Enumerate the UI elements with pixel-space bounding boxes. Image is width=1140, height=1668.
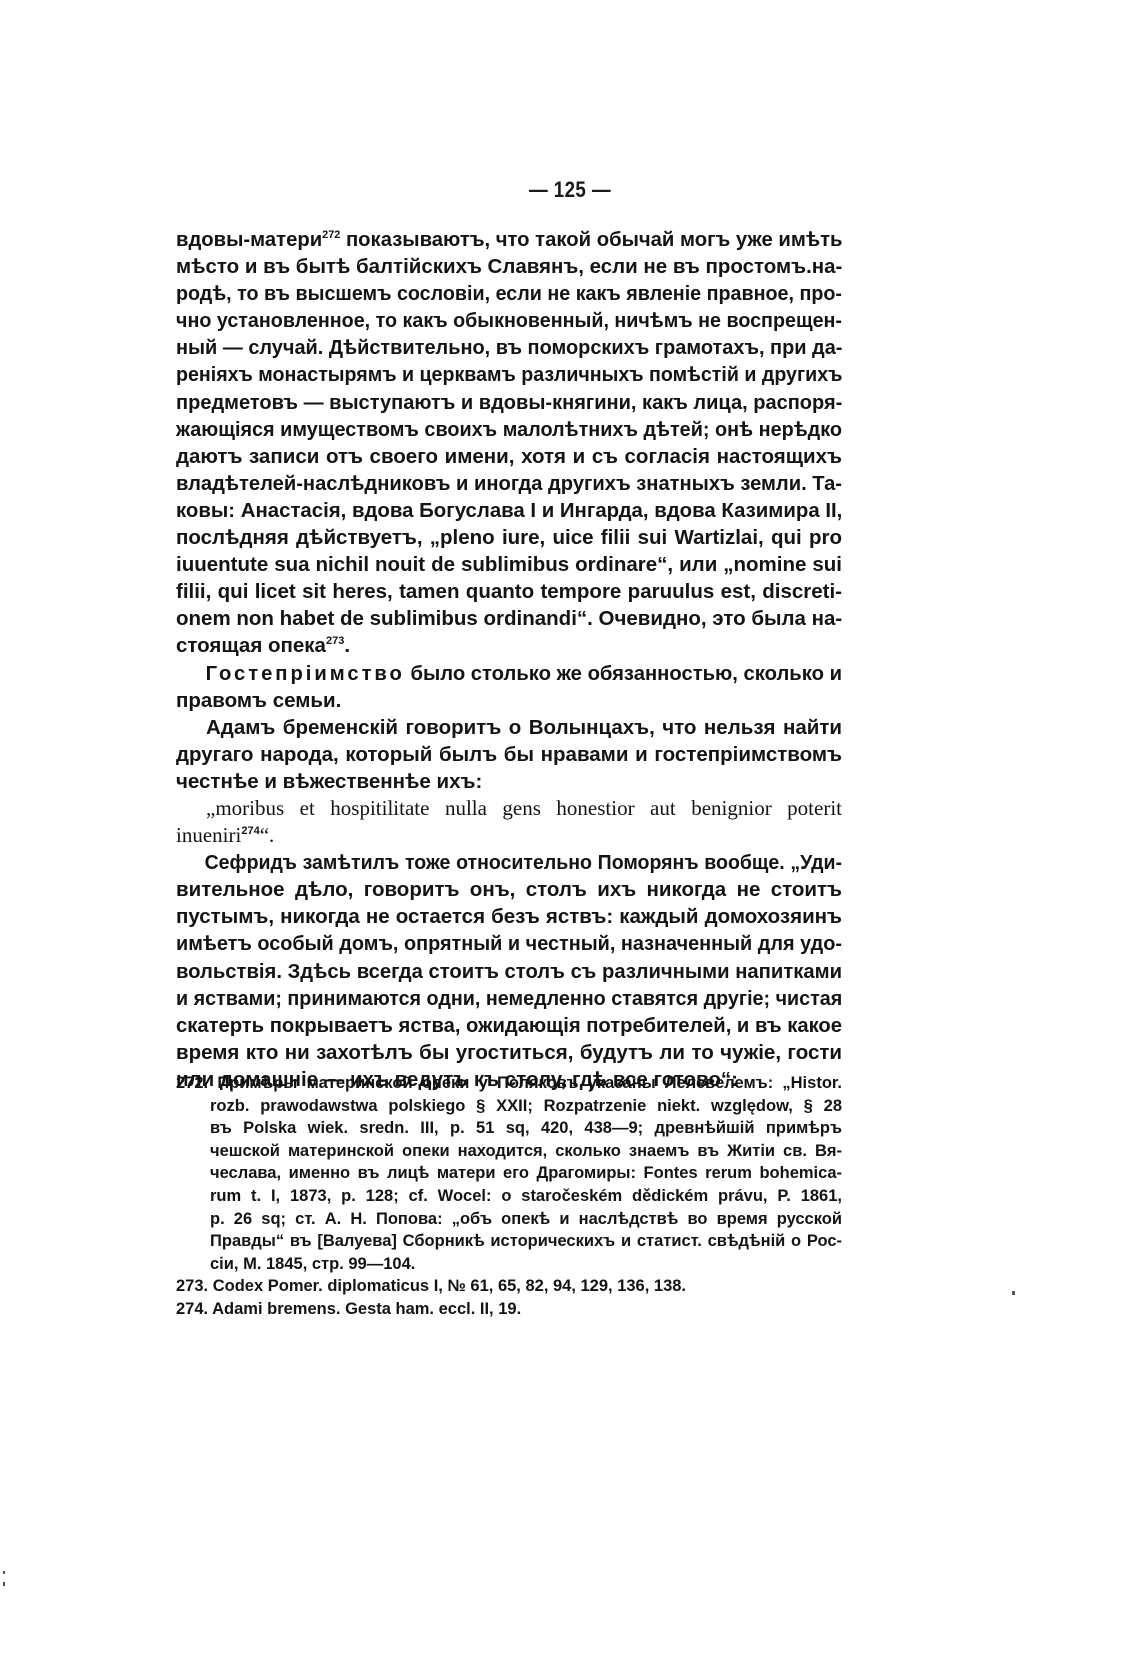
footnote-ref-273[interactable]: 273 (326, 635, 344, 647)
footnote-line: p. 26 sq; ст. А. Н. Попова: „объ опекѣ и… (176, 1208, 842, 1231)
footnote-line: rum t. I, 1873, p. 128; cf. Wocel: o sta… (176, 1185, 842, 1208)
page-number: — 125 — (86, 177, 1055, 203)
text-line: пустымъ, никогда не остается безъ яствъ:… (176, 903, 842, 930)
text-line: и яствами; принимаются одни, немедленно … (176, 985, 842, 1012)
text-line: filii, qui licet sit heres, tamen quanto… (176, 578, 842, 605)
footnote-number: 273. (176, 1277, 208, 1295)
text-line: вительное дѣло, говоритъ онъ, столъ ихъ … (176, 876, 842, 903)
scan-speck (1012, 1291, 1015, 1295)
text-line: стоящая опека273. (176, 632, 842, 659)
text-span: inueniri (176, 823, 241, 847)
text-line: родѣ, то въ высшемъ сословіи, если не ка… (176, 280, 842, 307)
book-page: — 125 — вдовы-матери272 показываютъ, что… (0, 0, 1140, 1668)
text-span: „moribus et hospitilitate nulla gens hon… (206, 796, 842, 820)
footnote-text: Codex Pomer. diplomaticus I, № 61, 65, 8… (213, 1277, 686, 1295)
text-span: “. (260, 823, 275, 847)
text-span: показываютъ, что такой обычай могъ уже и… (340, 228, 842, 251)
footnote-line: въ Polska wiek. sredn. III, p. 51 sq, 42… (176, 1117, 842, 1140)
footnotes: 272. Примѣры материнской опеки у Поляков… (176, 1072, 842, 1321)
footnote-number: 272. (176, 1074, 208, 1092)
footnote-274: 274. Adami bremens. Gesta ham. eccl. II,… (176, 1298, 842, 1321)
footnote-line: чеслава, именно въ лицѣ матери его Драго… (176, 1162, 842, 1185)
footnote-line: сіи, М. 1845, стр. 99—104. (176, 1253, 842, 1276)
text-span: вдовы-матери (176, 228, 322, 251)
text-span: было столько же обязанностью, сколько и (405, 662, 842, 685)
text-line: владѣтелей-наслѣдниковъ и иногда другихъ… (176, 470, 842, 497)
text-line: вольствія. Здѣсь всегда стоитъ столъ съ … (176, 958, 842, 985)
text-line: вдовы-матери272 показываютъ, что такой о… (176, 226, 842, 253)
footnote-line: rozb. prawodawstwa polskiego § XXII; Roz… (176, 1095, 842, 1118)
text-line: скатерть покрываетъ яства, ожидающія пот… (176, 1012, 842, 1039)
footnote-line: чешской материнской опеки находится, ско… (176, 1140, 842, 1163)
footnote-ref-274[interactable]: 274 (241, 825, 259, 837)
text-line: имѣетъ особый домъ, опрятный и честный, … (176, 930, 842, 957)
text-span: . (344, 634, 350, 657)
text-line: даютъ записи отъ своего имени, хотя и съ… (176, 443, 842, 470)
footnote-line: Правды“ въ [Валуева] Сборникѣ историческ… (176, 1230, 842, 1253)
text-line: Сефридъ замѣтилъ тоже относительно Помор… (176, 849, 842, 876)
text-line: реніяхъ монастырямъ и церквамъ различных… (176, 361, 842, 388)
text-span: стоящая опека (176, 634, 326, 657)
text-line: onem non habet de sublimibus ordinandi“.… (176, 605, 842, 632)
text-line: предметовъ — выступаютъ и вдовы-княгини,… (176, 389, 842, 416)
scan-speck (3, 1571, 5, 1574)
text-line: мѣсто и въ бытѣ балтійскихъ Славянъ, есл… (176, 253, 842, 280)
footnote-ref-272[interactable]: 272 (322, 229, 340, 241)
quote-line: inueniri274“. (176, 822, 842, 849)
quote-line: „moribus et hospitilitate nulla gens hon… (176, 795, 842, 822)
footnote-272: 272. Примѣры материнской опеки у Поляков… (176, 1072, 842, 1095)
text-line: iuuentute sua nichil nouit de sublimibus… (176, 551, 842, 578)
text-line: время кто ни захотѣлъ бы угоститься, буд… (176, 1039, 842, 1066)
text-line: Гостепріимство было столько же обязаннос… (176, 660, 842, 687)
footnote-273: 273. Codex Pomer. diplomaticus I, № 61, … (176, 1275, 842, 1298)
text-line: честнѣе и вѣжественнѣе ихъ: (176, 768, 842, 795)
text-line: чно установленное, то какъ обыкновенный,… (176, 307, 842, 334)
scan-speck (3, 1582, 5, 1586)
text-line: послѣдняя дѣйствуетъ, „pleno iure, uice … (176, 524, 842, 551)
footnote-text: Примѣры материнской опеки у Поляковъ ука… (217, 1074, 842, 1092)
footnote-text: Adami bremens. Gesta ham. eccl. II, 19. (212, 1300, 521, 1318)
main-text: вдовы-матери272 показываютъ, что такой о… (176, 226, 842, 1093)
text-line: другаго народа, который былъ бы нравами … (176, 741, 842, 768)
emphasized-word: Гостепріимство (206, 662, 405, 685)
text-line: правомъ семьи. (176, 687, 842, 714)
footnote-number: 274. (176, 1300, 208, 1318)
text-line: жающіяся имуществомъ своихъ малолѣтнихъ … (176, 416, 842, 443)
text-line: ковы: Анастасія, вдова Богуслава I и Инг… (176, 497, 842, 524)
text-line: ный — случай. Дѣйствительно, въ поморски… (176, 334, 842, 361)
text-line: Адамъ бременскій говоритъ о Волынцахъ, ч… (176, 714, 842, 741)
